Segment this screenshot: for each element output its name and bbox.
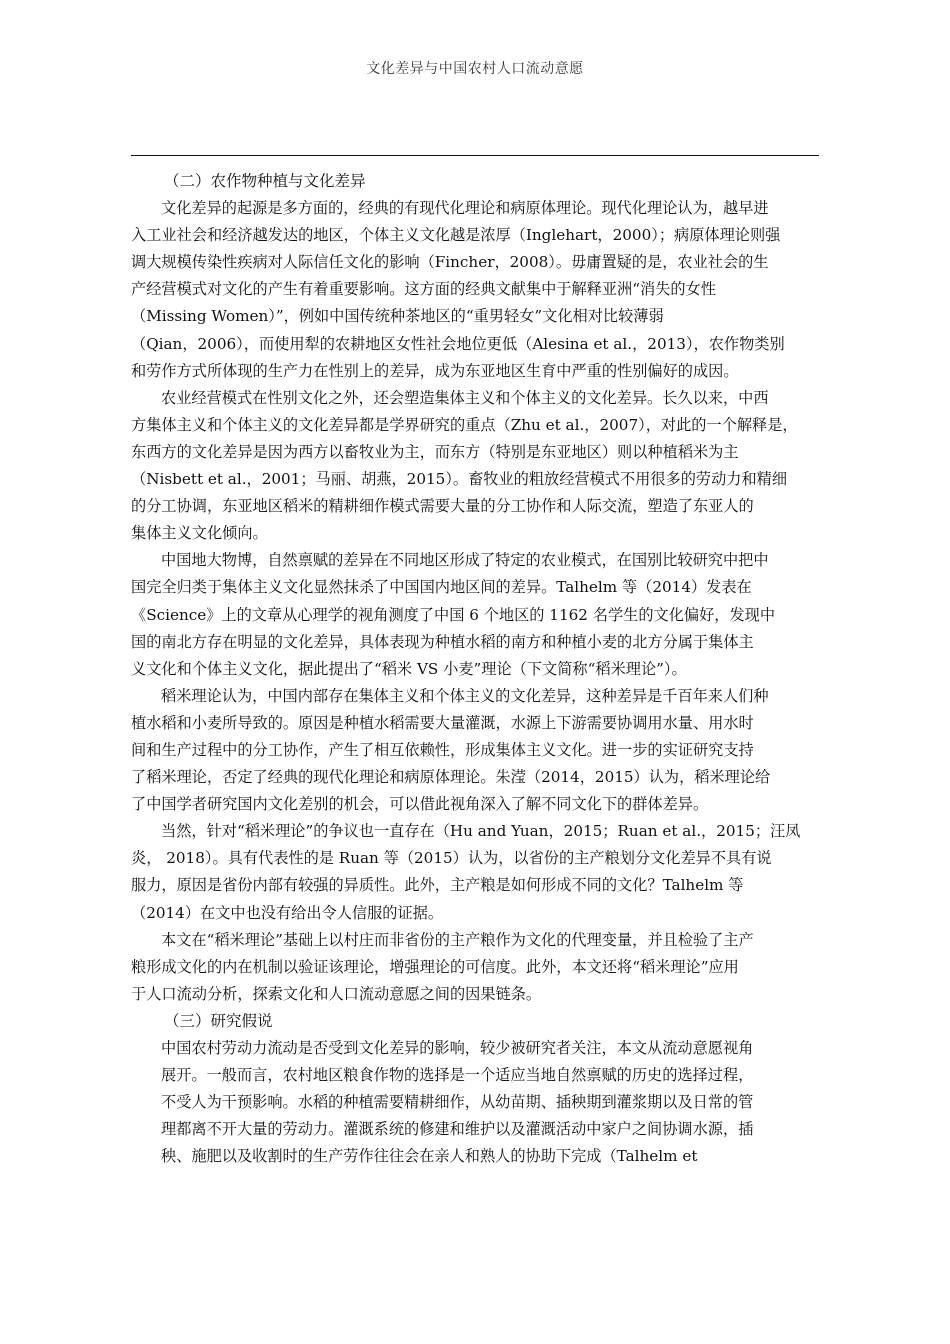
text-line: 当然，针对“稻米理论”的争议也一直存在（Hu and Yuan，2015；Rua… [131, 818, 841, 845]
text-line: 集体主义文化倾向。 [131, 520, 841, 547]
text-line: 于人口流动分析，探索文化和人口流动意愿之间的因果链条。 [131, 981, 841, 1008]
paragraph: 中国地大物博，自然禀赋的差异在不同地区形成了特定的农业模式，在国别比较研究中把中… [131, 547, 841, 682]
text-line: 方集体主义和个体主义的文化差异都是学界研究的重点（Zhu et al.，2007… [131, 412, 841, 439]
section-research-hypotheses: （三）研究假说 中国农村劳动力流动是否受到文化差异的影响，较少被研究者关注，本文… [131, 1008, 841, 1171]
text-line: （Qian，2006），而使用犁的农耕地区女性社会地位更低（Alesina et… [131, 331, 841, 358]
text-line: 了稻米理论，否定了经典的现代化理论和病原体理论。朱滢（2014，2015）认为，… [131, 764, 841, 791]
text-line: 和劳作方式所体现的生产力在性别上的差异，成为东亚地区生育中严重的性别偏好的成因。 [131, 358, 841, 385]
running-head: 文化差异与中国农村人口流动意愿 [0, 58, 950, 78]
text-line: 间和生产过程中的分工协作，产生了相互依赖性，形成集体主义文化。进一步的实证研究支… [131, 737, 841, 764]
text-line: 中国农村劳动力流动是否受到文化差异的影响，较少被研究者关注，本文从流动意愿视角 [131, 1035, 841, 1062]
header-rule [131, 155, 819, 156]
text-line: 国的南北方存在明显的文化差异，具体表现为种植水稻的南方和种植小麦的北方分属于集体… [131, 629, 841, 656]
paragraph: 农业经营模式在性别文化之外，还会塑造集体主义和个体主义的文化差异。长久以来，中西… [131, 385, 841, 548]
section-heading: （三）研究假说 [131, 1008, 841, 1035]
text-line: 稻米理论认为，中国内部存在集体主义和个体主义的文化差异，这种差异是千百年来人们种 [131, 683, 841, 710]
paragraph: 中国农村劳动力流动是否受到文化差异的影响，较少被研究者关注，本文从流动意愿视角 … [131, 1035, 841, 1170]
text-line: 不受人为干预影响。水稻的种植需要精耕细作，从幼苗期、插秧期到灌浆期以及日常的管 [131, 1089, 841, 1116]
paragraph: 文化差异的起源是多方面的，经典的有现代化理论和病原体理论。现代化理论认为，越早进… [131, 195, 841, 385]
text-line: 义文化和个体主义文化，据此提出了“稻米 VS 小麦”理论（下文简称“稻米理论”）… [131, 656, 841, 683]
text-line: 服力，原因是省份内部有较强的异质性。此外，主产粮是如何形成不同的文化？Talhe… [131, 872, 841, 899]
text-line: （2014）在文中也没有给出令人信服的证据。 [131, 900, 841, 927]
body-text: （二）农作物种植与文化差异 文化差异的起源是多方面的，经典的有现代化理论和病原体… [131, 168, 841, 1170]
text-line: 理都离不开大量的劳动力。灌溉系统的修建和维护以及灌溉活动中家户之间协调水源，插 [131, 1116, 841, 1143]
text-line: 文化差异的起源是多方面的，经典的有现代化理论和病原体理论。现代化理论认为，越早进 [131, 195, 841, 222]
text-line: 东西方的文化差异是因为西方以畜牧业为主，而东方（特别是东亚地区）则以种植稻米为主 [131, 439, 841, 466]
text-line: 的分工协调，东亚地区稻米的精耕细作模式需要大量的分工协作和人际交流，塑造了东亚人… [131, 493, 841, 520]
text-line: 产经营模式对文化的产生有着重要影响。这方面的经典文献集中于解释亚洲“消失的女性 [131, 276, 841, 303]
text-line: 调大规模传染性疾病对人际信任文化的影响（Fincher，2008）。毋庸置疑的是… [131, 249, 841, 276]
text-line: 国完全归类于集体主义文化显然抹杀了中国国内地区间的差异。Talhelm 等（20… [131, 574, 841, 601]
paragraph: 当然，针对“稻米理论”的争议也一直存在（Hu and Yuan，2015；Rua… [131, 818, 841, 926]
text-line: 了中国学者研究国内文化差别的机会，可以借此视角深入了解不同文化下的群体差异。 [131, 791, 841, 818]
section-heading: （二）农作物种植与文化差异 [131, 168, 841, 195]
text-line: 炎， 2018）。具有代表性的是 Ruan 等（2015）认为，以省份的主产粮划… [131, 845, 841, 872]
text-line: 秧、施肥以及收割时的生产劳作往往会在亲人和熟人的协助下完成（Talhelm et [131, 1143, 841, 1170]
text-line: 植水稻和小麦所导致的。原因是种植水稻需要大量灌溉，水源上下游需要协调用水量、用水… [131, 710, 841, 737]
section-crops-culture: （二）农作物种植与文化差异 文化差异的起源是多方面的，经典的有现代化理论和病原体… [131, 168, 841, 1008]
paragraph: 稻米理论认为，中国内部存在集体主义和个体主义的文化差异，这种差异是千百年来人们种… [131, 683, 841, 818]
text-line: （Missing Women）”，例如中国传统种茶地区的“重男轻女”文化相对比较… [131, 303, 841, 330]
text-line: 农业经营模式在性别文化之外，还会塑造集体主义和个体主义的文化差异。长久以来，中西 [131, 385, 841, 412]
text-line: 中国地大物博，自然禀赋的差异在不同地区形成了特定的农业模式，在国别比较研究中把中 [131, 547, 841, 574]
text-line: 《Science》上的文章从心理学的视角测度了中国 6 个地区的 1162 名学… [131, 602, 841, 629]
text-line: （Nisbett et al.，2001；马丽、胡燕，2015）。畜牧业的粗放经… [131, 466, 841, 493]
text-line: 本文在“稻米理论”基础上以村庄而非省份的主产粮作为文化的代理变量，并且检验了主产 [131, 927, 841, 954]
text-line: 粮形成文化的内在机制以验证该理论，增强理论的可信度。此外，本文还将“稻米理论”应… [131, 954, 841, 981]
paragraph: 本文在“稻米理论”基础上以村庄而非省份的主产粮作为文化的代理变量，并且检验了主产… [131, 927, 841, 1008]
text-line: 展开。一般而言，农村地区粮食作物的选择是一个适应当地自然禀赋的历史的选择过程， [131, 1062, 841, 1089]
text-line: 入工业社会和经济越发达的地区，个体主义文化越是浓厚（Inglehart，2000… [131, 222, 841, 249]
